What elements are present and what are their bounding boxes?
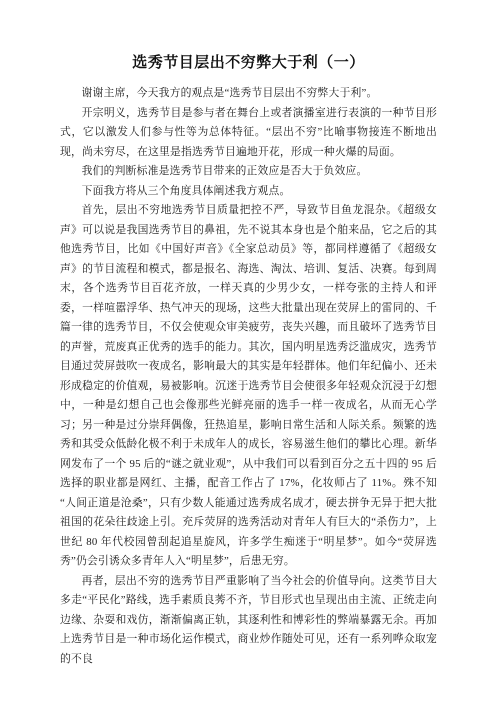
paragraph: 我们的判断标准是选秀节目带来的正效应是否大于负效应。 — [60, 162, 437, 182]
paragraph: 谢谢主席，今天我方的观点是“选秀节目层出不穷弊大于利”。 — [60, 84, 437, 104]
document-body: 谢谢主席，今天我方的观点是“选秀节目层出不穷弊大于利”。 开宗明义，选秀节目是参… — [60, 84, 437, 669]
paragraph: 首先，层出不穷地选秀节目质量把控不严，导致节目鱼龙混杂。《超级女声》可以说是我国… — [60, 201, 437, 572]
document-title: 选秀节目层出不穷弊大于利（一） — [60, 52, 437, 75]
document-page: 选秀节目层出不穷弊大于利（一） 谢谢主席，今天我方的观点是“选秀节目层出不穷弊大… — [0, 0, 496, 702]
paragraph: 开宗明义，选秀节目是参与者在舞台上或者演播室进行表演的一种节目形式，它以激发人们… — [60, 104, 437, 163]
paragraph: 下面我方将从三个角度具体阐述我方观点。 — [60, 182, 437, 202]
paragraph: 再者，层出不穷的选秀节目严重影响了当今社会的价值导向。这类节目大多走“平民化”路… — [60, 572, 437, 670]
